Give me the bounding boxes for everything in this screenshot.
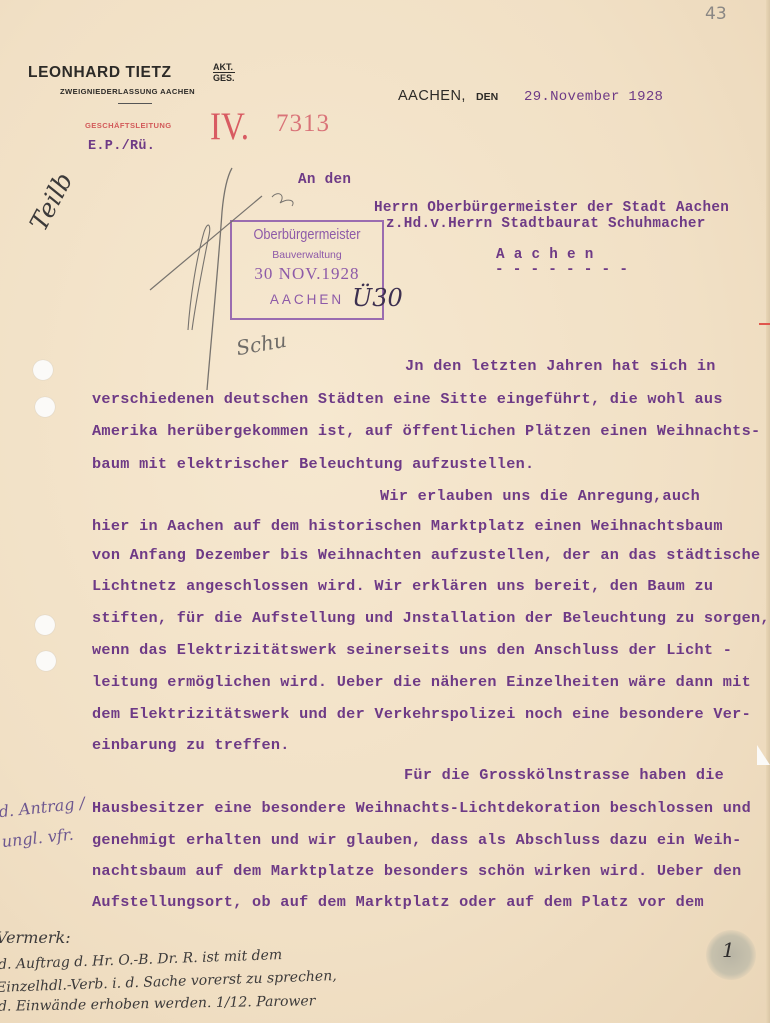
body-line: wenn das Elektrizitätswerk seinerseits u… (92, 641, 732, 659)
margin-note-mid: d. Antrag / ungl. vfr. (0, 787, 103, 857)
body-line: Jn den letzten Jahren hat sich in (405, 357, 716, 375)
body-line: nachtsbaum auf dem Marktplatze besonders… (92, 862, 742, 880)
body-line: Lichtnetz angeschlossen wird. Wir erklär… (92, 577, 713, 595)
body-line: Wir erlauben uns die Anregung,auch (380, 487, 700, 505)
letter-page: 43 LEONHARD TIETZ AKT. GES. ZWEIGNIEDERL… (0, 0, 770, 1023)
body-line: Aufstellungsort, ob auf dem Marktplatz o… (92, 893, 704, 911)
corner-mark: 1 (722, 938, 735, 962)
punch-hole-2 (35, 397, 55, 417)
red-margin-tick (759, 323, 770, 325)
body-line: genehmigt erhalten und wir glauben, dass… (92, 831, 742, 849)
punch-hole-1 (33, 360, 53, 380)
body-line: von Anfang Dezember bis Weihnachten aufz… (92, 546, 760, 564)
body-line: verschiedenen deutschen Städten eine Sit… (92, 390, 723, 408)
body-line: Amerika herübergekommen ist, auf öffentl… (92, 422, 760, 440)
paper-tear (757, 745, 770, 765)
vermerk-title: Vermerk: (0, 928, 71, 947)
body-line: Für die Grosskölnstrasse haben die (404, 766, 724, 784)
body-line: Hausbesitzer eine besondere Weihnachts-L… (92, 799, 751, 817)
body-line: baum mit elektrischer Beleuchtung aufzus… (92, 455, 534, 473)
body-line: dem Elektrizitätswerk und der Verkehrspo… (92, 705, 751, 723)
body-line: leitung ermöglichen wird. Ueber die nähe… (92, 673, 751, 691)
body-line: einbarung zu treffen. (92, 736, 290, 754)
body-line: stiften, für die Aufstellung und Jnstall… (92, 609, 770, 627)
body-line: hier in Aachen auf dem historischen Mark… (92, 517, 723, 535)
punch-hole-4 (36, 651, 56, 671)
punch-hole-3 (35, 615, 55, 635)
